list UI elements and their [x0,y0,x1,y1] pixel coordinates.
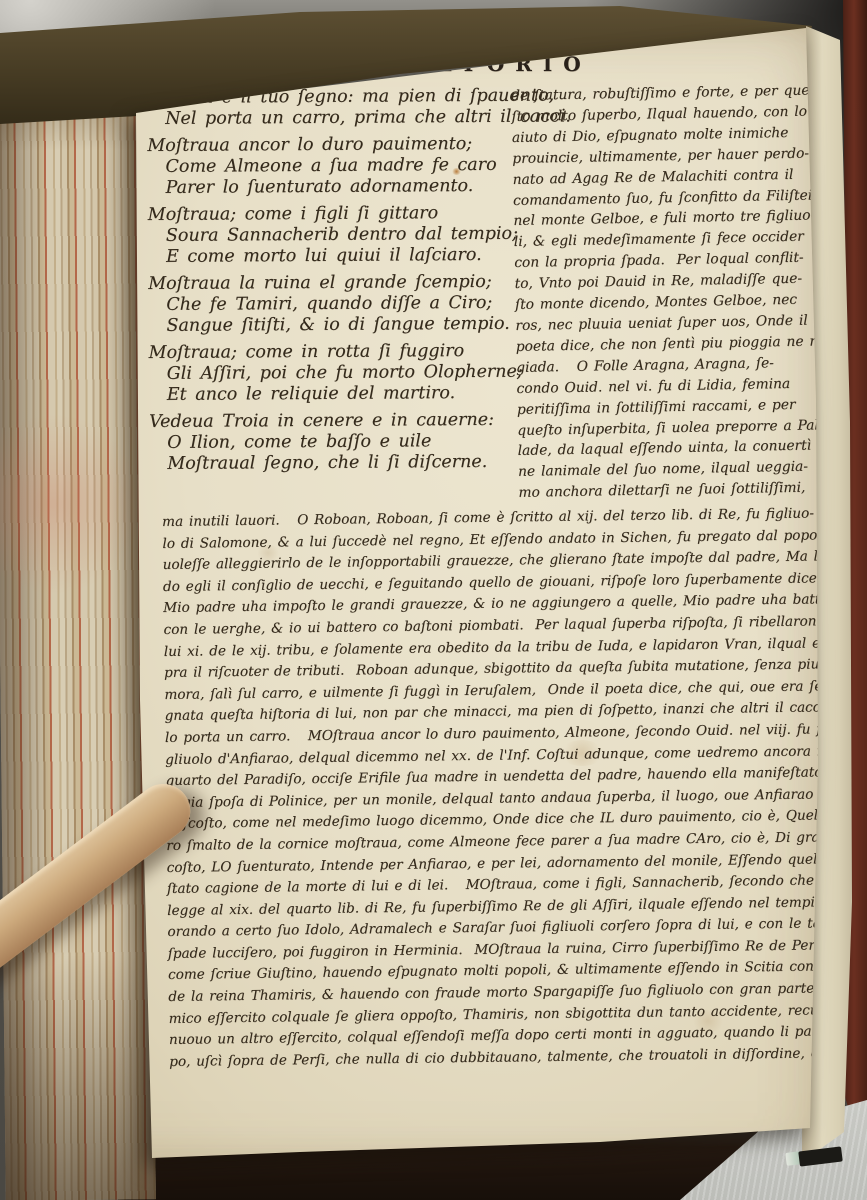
verse-line: Quiui è il tuo ſegno: ma pien di ſpauent… [147,86,522,109]
page-wrap: PVRGATORIO Quiui è il tuo ſegno: ma pien… [0,0,867,1200]
verse-line: Moſtraua ancor lo duro pauimento; [147,134,522,157]
running-title: PVRGATORIO [137,52,782,76]
verse-line: Come Almeone a ſua madre fe caro [147,155,522,178]
verse-line: O Ilion, come te baſſo e uile [149,431,524,454]
verse-line: Gli Aſſiri, poi che fu morto Olopherne; [149,362,524,385]
commentary-block-bottom: ma inutili lauori. O Roboan, Roboan, ſi … [162,503,829,1073]
commentary-line: mo anchora dilettarſi ne ſuoi ſottiliſſi… [518,478,818,504]
verse-line: Vedeua Troia in cenere e in cauerne: [149,410,524,433]
verse-column: Quiui è il tuo ſegno: ma pien di ſpauent… [147,86,524,475]
book-page: PVRGATORIO Quiui è il tuo ſegno: ma pien… [0,0,867,1200]
verse-line: Et anco le reliquie del martiro. [149,383,524,406]
verse-line: Moſtraua; come in rotta ſi fuggiro [149,341,524,364]
book-photo: PVRGATORIO Quiui è il tuo ſegno: ma pien… [0,0,867,1200]
verse-line: Che fe Tamiri, quando diſſe a Ciro; [148,293,523,316]
commentary-column-right: de ſtatura, robuſtiſſimo e forte, e per … [511,81,819,505]
verse-line: Sangue ſitiſti, & io di ſangue tempio. [148,314,523,337]
verse-line: E come morto lui quiui il laſciaro. [148,245,523,268]
verse-line: Moſtraua la ruina el grande ſcempio; [148,272,523,295]
verse-line: Nel porta un carro, prima che altri il c… [147,107,522,130]
verse-line: Moſtraual ſegno, che li ſi diſcerne. [149,452,524,475]
verse-line: Parer lo ſuenturato adornamento. [148,176,523,199]
verse-line: Moſtraua; come i figli ſi gittaro [148,203,523,226]
verse-line: Soura Sannacherib dentro dal tempio; [148,224,523,247]
